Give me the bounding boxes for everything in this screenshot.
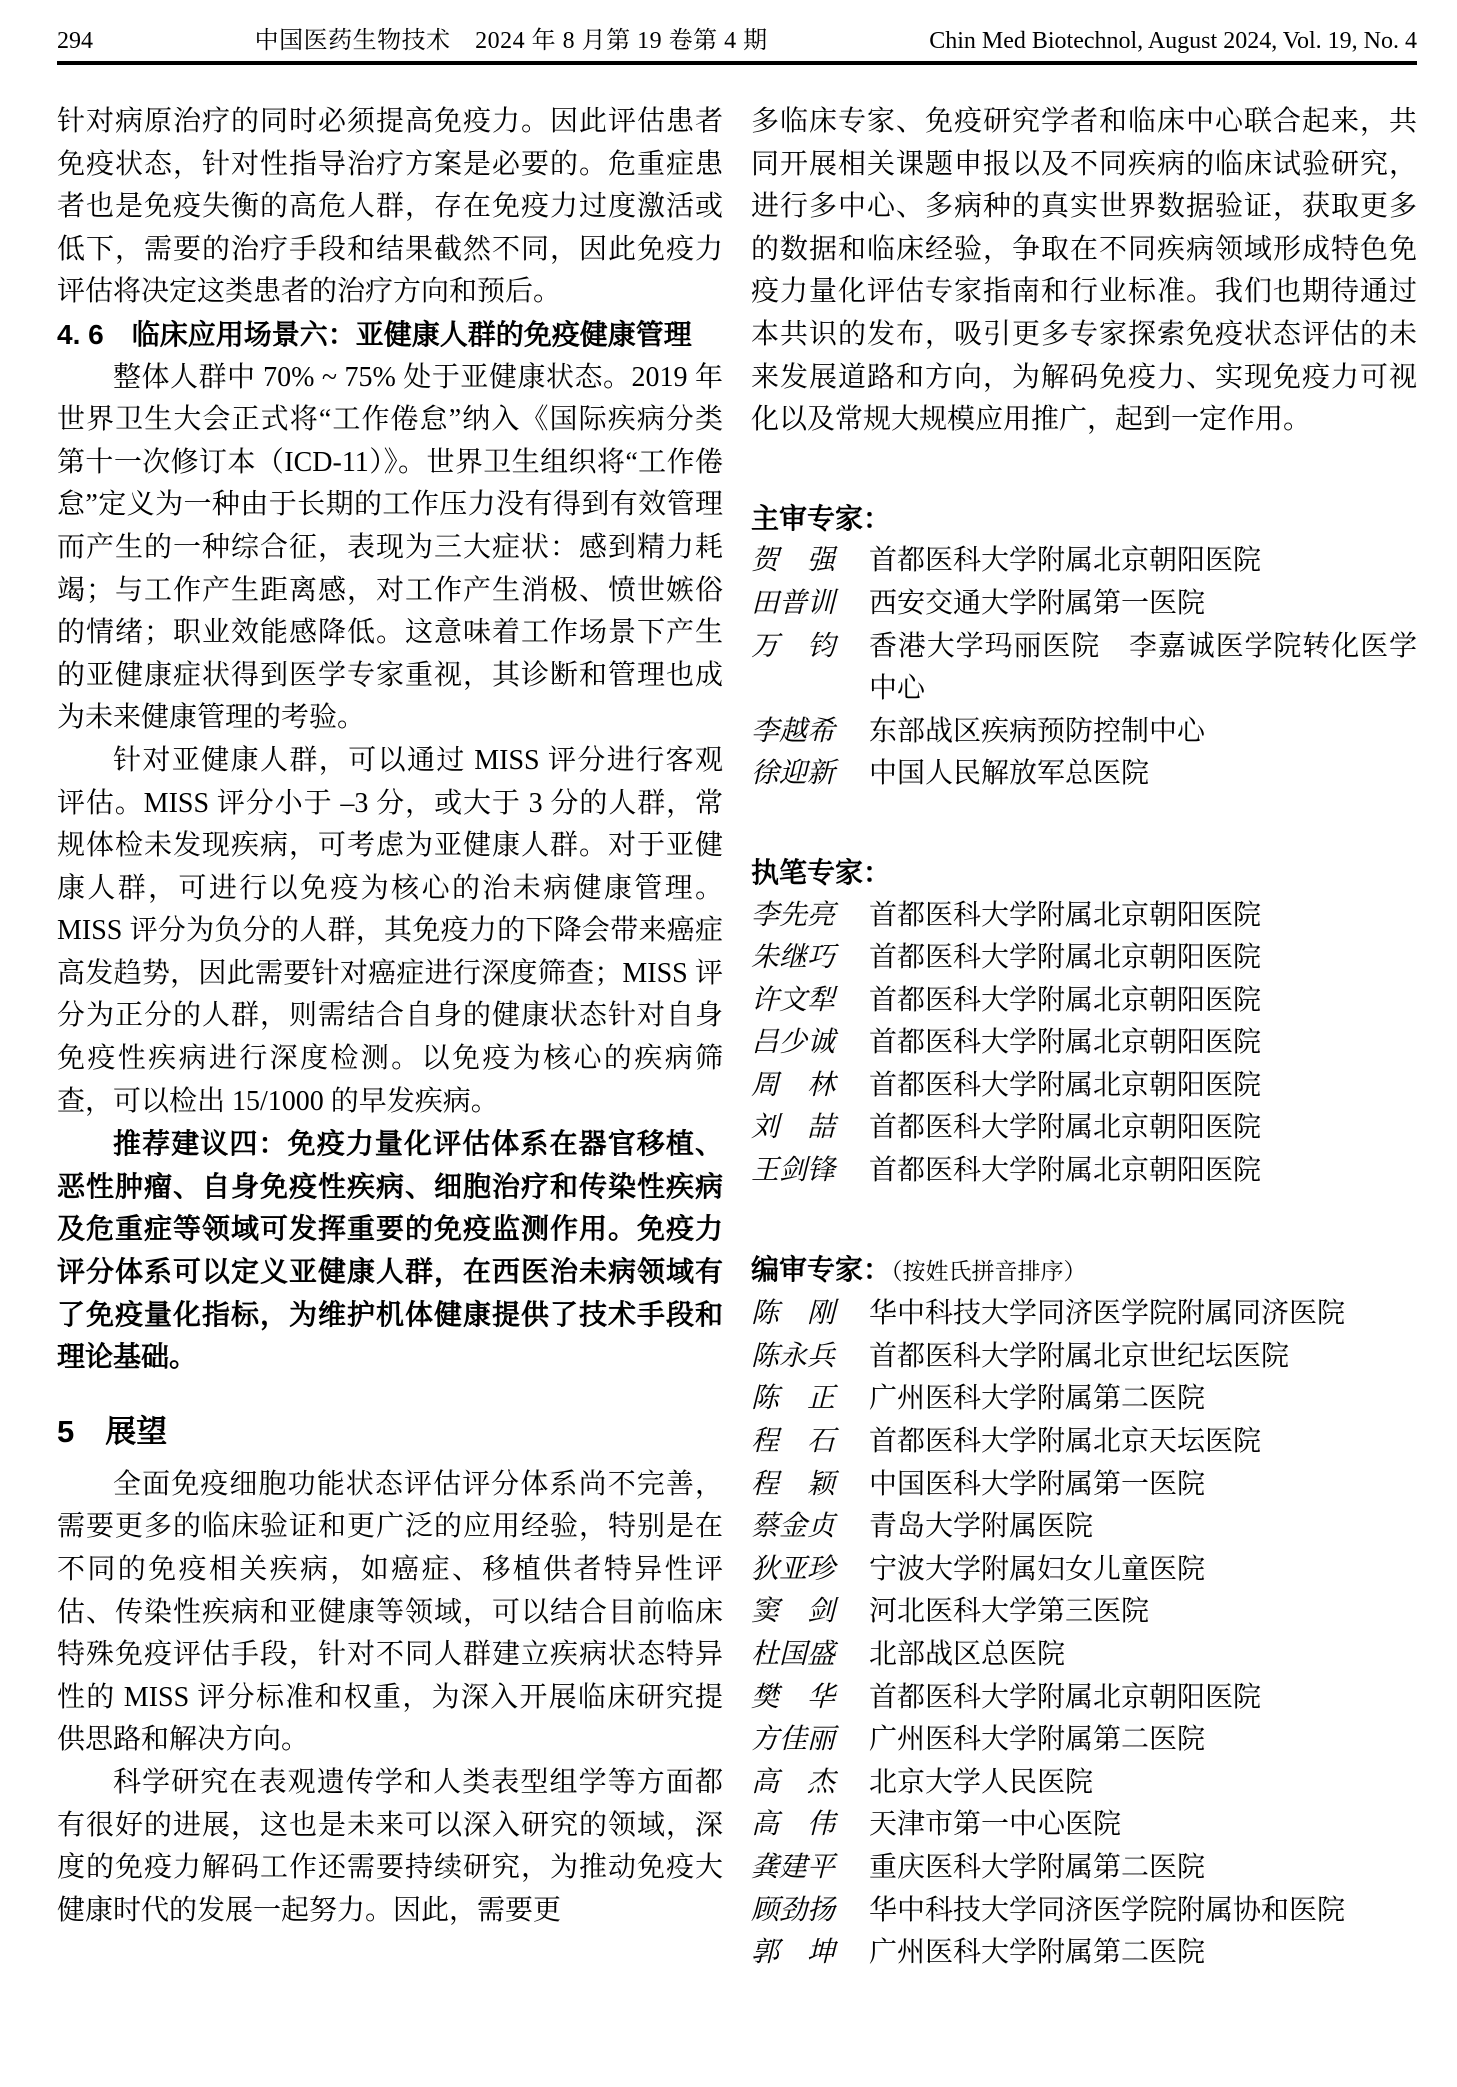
expert-institution: 华中科技大学同济医学院附属同济医院	[869, 1293, 1417, 1336]
expert-name: 程 石	[751, 1421, 839, 1464]
expert-institution: 首都医科大学附属北京朝阳医院	[869, 1677, 1417, 1720]
expert-row: 高 杰北京大学人民医院	[751, 1762, 1417, 1805]
expert-institution: 中国人民解放军总医院	[869, 753, 1417, 796]
expert-row: 程 石首都医科大学附属北京天坛医院	[751, 1421, 1417, 1464]
expert-institution: 重庆医科大学附属第二医院	[869, 1847, 1417, 1890]
expert-institution: 首都医科大学附属北京朝阳医院	[869, 540, 1417, 583]
expert-name: 周 林	[751, 1065, 839, 1108]
expert-row: 杜国盛北部战区总医院	[751, 1634, 1417, 1677]
expert-name: 许文犁	[751, 980, 839, 1023]
expert-name: 陈 刚	[751, 1293, 839, 1336]
expert-name: 高 伟	[751, 1804, 839, 1847]
expert-row: 蔡金贞青岛大学附属医院	[751, 1506, 1417, 1549]
expert-name: 李越希	[751, 711, 839, 754]
paragraph-outlook-1: 全面免疫细胞功能状态评估评分体系尚不完善，需要更多的临床验证和更广泛的应用经验，…	[57, 1464, 723, 1762]
expert-row: 高 伟天津市第一中心医院	[751, 1804, 1417, 1847]
expert-row: 樊 华首都医科大学附属北京朝阳医院	[751, 1677, 1417, 1720]
expert-institution: 首都医科大学附属北京朝阳医院	[869, 1022, 1417, 1065]
expert-institution: 首都医科大学附属北京世纪坛医院	[869, 1336, 1417, 1379]
expert-name: 龚建平	[751, 1847, 839, 1890]
expert-row: 田普训西安交通大学附属第一医院	[751, 583, 1417, 626]
paragraph-miss-score: 针对亚健康人群，可以通过 MISS 评分进行客观评估。MISS 评分小于 –3 …	[57, 740, 723, 1123]
paragraph-continuation: 针对病原治疗的同时必须提高免疫力。因此评估患者免疫状态，针对性指导治疗方案是必要…	[57, 101, 723, 314]
expert-name: 蔡金贞	[751, 1506, 839, 1549]
expert-row: 刘 喆首都医科大学附属北京朝阳医院	[751, 1107, 1417, 1150]
expert-row: 吕少诚首都医科大学附属北京朝阳医院	[751, 1022, 1417, 1065]
expert-name: 田普训	[751, 583, 839, 626]
journal-title-en: Chin Med Biotechnol, August 2024, Vol. 1…	[929, 26, 1417, 56]
group-heading-note: （按姓氏拼音排序）	[891, 1259, 1087, 1284]
expert-name: 陈 正	[751, 1378, 839, 1421]
expert-row: 王剑锋首都医科大学附属北京朝阳医院	[751, 1150, 1417, 1193]
expert-institution: 首都医科大学附属北京朝阳医院	[869, 1065, 1417, 1108]
expert-name: 狄亚珍	[751, 1549, 839, 1592]
expert-row: 龚建平重庆医科大学附属第二医院	[751, 1847, 1417, 1890]
expert-name: 徐迎新	[751, 753, 839, 796]
page-header: 294 中国医药生物技术 2024 年 8 月第 19 卷第 4 期 Chin …	[0, 0, 1457, 56]
expert-institution: 首都医科大学附属北京天坛医院	[869, 1421, 1417, 1464]
expert-group-editors: 编审专家：（按姓氏拼音排序） 陈 刚华中科技大学同济医学院附属同济医院 陈永兵首…	[751, 1249, 1417, 1975]
right-column: 多临床专家、免疫研究学者和临床中心联合起来，共同开展相关课题申报以及不同疾病的临…	[751, 101, 1417, 1975]
expert-institution: 首都医科大学附属北京朝阳医院	[869, 1107, 1417, 1150]
expert-name: 王剑锋	[751, 1150, 839, 1193]
expert-name: 刘 喆	[751, 1107, 839, 1150]
expert-name: 万 钧	[751, 626, 839, 669]
expert-row: 程 颖中国医科大学附属第一医院	[751, 1464, 1417, 1507]
expert-institution: 中国医科大学附属第一医院	[869, 1464, 1417, 1507]
expert-name: 顾劲扬	[751, 1890, 839, 1933]
expert-row: 窦 剑河北医科大学第三医院	[751, 1591, 1417, 1634]
paragraph-outlook-2: 科学研究在表观遗传学和人类表型组学等方面都有很好的进展，这也是未来可以深入研究的…	[57, 1762, 723, 1932]
expert-institution: 青岛大学附属医院	[869, 1506, 1417, 1549]
expert-institution: 北京大学人民医院	[869, 1762, 1417, 1805]
expert-name: 窦 剑	[751, 1591, 839, 1634]
expert-name: 陈永兵	[751, 1336, 839, 1379]
expert-row: 徐迎新中国人民解放军总医院	[751, 753, 1417, 796]
expert-institution: 广州医科大学附属第二医院	[869, 1719, 1417, 1762]
expert-name: 杜国盛	[751, 1634, 839, 1677]
expert-row: 陈 正广州医科大学附属第二医院	[751, 1378, 1417, 1421]
expert-row: 贺 强首都医科大学附属北京朝阳医院	[751, 540, 1417, 583]
page-body: 针对病原治疗的同时必须提高免疫力。因此评估患者免疫状态，针对性指导治疗方案是必要…	[0, 65, 1457, 1975]
expert-name: 李先亮	[751, 895, 839, 938]
expert-row: 朱继巧首都医科大学附属北京朝阳医院	[751, 937, 1417, 980]
expert-institution: 东部战区疾病预防控制中心	[869, 711, 1417, 754]
paragraph-continuation-right: 多临床专家、免疫研究学者和临床中心联合起来，共同开展相关课题申报以及不同疾病的临…	[751, 101, 1417, 442]
expert-row: 李先亮首都医科大学附属北京朝阳医院	[751, 895, 1417, 938]
expert-row: 周 林首都医科大学附属北京朝阳医院	[751, 1065, 1417, 1108]
expert-name: 方佳丽	[751, 1719, 839, 1762]
group-heading: 主审专家：	[751, 498, 1417, 541]
expert-institution: 广州医科大学附属第二医院	[869, 1378, 1417, 1421]
group-heading: 编审专家：（按姓氏拼音排序）	[751, 1249, 1417, 1294]
journal-page: 294 中国医药生物技术 2024 年 8 月第 19 卷第 4 期 Chin …	[0, 0, 1457, 2087]
recommendation-paragraph: 推荐建议四：免疫力量化评估体系在器官移植、恶性肿瘤、自身免疫性疾病、细胞治疗和传…	[57, 1123, 723, 1379]
journal-title-cn: 中国医药生物技术	[255, 28, 451, 54]
expert-name: 程 颖	[751, 1464, 839, 1507]
expert-institution: 华中科技大学同济医学院附属协和医院	[869, 1890, 1417, 1933]
expert-institution: 首都医科大学附属北京朝阳医院	[869, 1150, 1417, 1193]
expert-row: 许文犁首都医科大学附属北京朝阳医院	[751, 980, 1417, 1023]
journal-header-cn: 中国医药生物技术 2024 年 8 月第 19 卷第 4 期	[255, 26, 768, 56]
expert-row: 万 钧香港大学玛丽医院 李嘉诚医学院转化医学中心	[751, 626, 1417, 711]
expert-institution: 北部战区总医院	[869, 1634, 1417, 1677]
expert-institution: 广州医科大学附属第二医院	[869, 1932, 1417, 1975]
expert-institution: 首都医科大学附属北京朝阳医院	[869, 937, 1417, 980]
expert-institution: 天津市第一中心医院	[869, 1804, 1417, 1847]
group-heading: 执笔专家：	[751, 852, 1417, 895]
expert-row: 狄亚珍宁波大学附属妇女儿童医院	[751, 1549, 1417, 1592]
expert-name: 贺 强	[751, 540, 839, 583]
group-heading-label: 编审专家：	[751, 1254, 891, 1285]
expert-institution: 宁波大学附属妇女儿童医院	[869, 1549, 1417, 1592]
expert-institution: 首都医科大学附属北京朝阳医院	[869, 895, 1417, 938]
paragraph-subhealth: 整体人群中 70% ~ 75% 处于亚健康状态。2019 年世界卫生大会正式将“…	[57, 357, 723, 740]
expert-group-writers: 执笔专家： 李先亮首都医科大学附属北京朝阳医院 朱继巧首都医科大学附属北京朝阳医…	[751, 852, 1417, 1193]
expert-row: 陈 刚华中科技大学同济医学院附属同济医院	[751, 1293, 1417, 1336]
expert-name: 樊 华	[751, 1677, 839, 1720]
expert-name: 朱继巧	[751, 937, 839, 980]
left-column: 针对病原治疗的同时必须提高免疫力。因此评估患者免疫状态，针对性指导治疗方案是必要…	[57, 101, 723, 1975]
expert-institution: 香港大学玛丽医院 李嘉诚医学院转化医学中心	[869, 626, 1417, 711]
expert-row: 郭 坤广州医科大学附属第二医院	[751, 1932, 1417, 1975]
expert-institution: 首都医科大学附属北京朝阳医院	[869, 980, 1417, 1023]
section-heading-outlook: 5 展望	[57, 1409, 723, 1454]
page-number: 294	[57, 26, 93, 56]
expert-institution: 河北医科大学第三医院	[869, 1591, 1417, 1634]
expert-name: 郭 坤	[751, 1932, 839, 1975]
subsection-heading-4-6: 4. 6 临床应用场景六：亚健康人群的免疫健康管理	[57, 314, 723, 357]
expert-institution: 西安交通大学附属第一医院	[869, 583, 1417, 626]
journal-issue-cn: 2024 年 8 月第 19 卷第 4 期	[475, 28, 768, 54]
expert-name: 高 杰	[751, 1762, 839, 1805]
expert-row: 方佳丽广州医科大学附属第二医院	[751, 1719, 1417, 1762]
expert-row: 李越希东部战区疾病预防控制中心	[751, 711, 1417, 754]
expert-name: 吕少诚	[751, 1022, 839, 1065]
expert-row: 陈永兵首都医科大学附属北京世纪坛医院	[751, 1336, 1417, 1379]
expert-row: 顾劲扬华中科技大学同济医学院附属协和医院	[751, 1890, 1417, 1933]
expert-group-chief-reviewers: 主审专家： 贺 强首都医科大学附属北京朝阳医院 田普训西安交通大学附属第一医院 …	[751, 498, 1417, 796]
